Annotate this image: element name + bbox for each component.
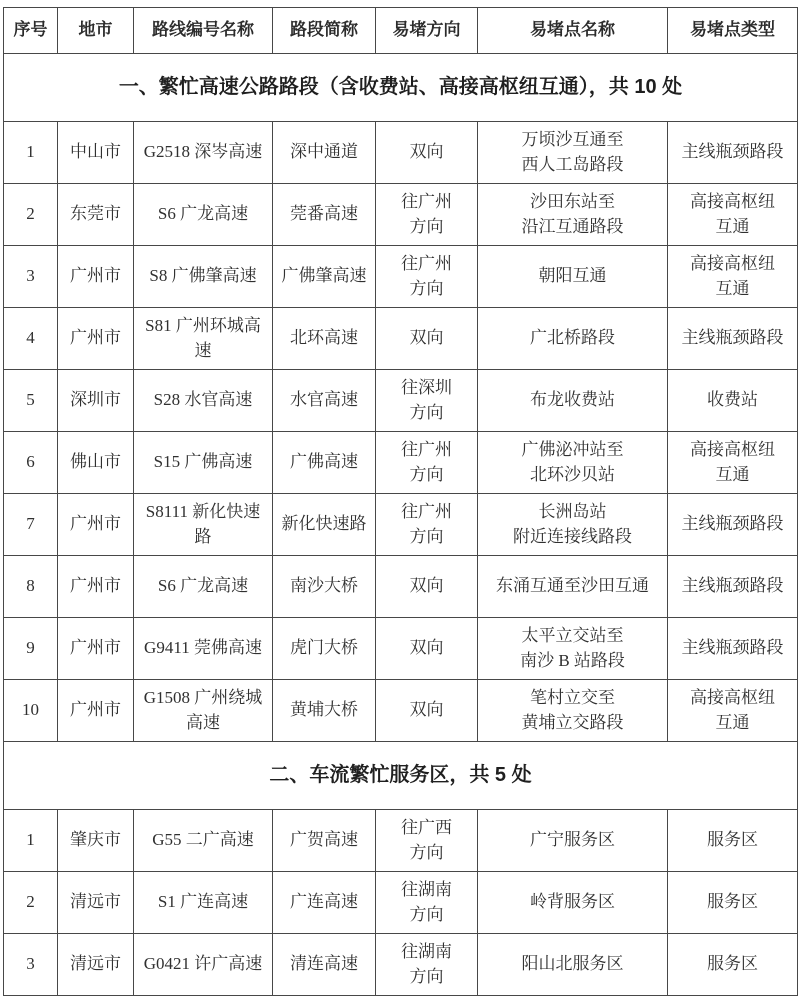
cell-point-type: 服务区 — [668, 810, 798, 872]
cell-direction: 双向 — [376, 308, 478, 370]
cell-point-name: 岭背服务区 — [478, 872, 668, 934]
cell-point-name: 笔村立交至 黄埔立交路段 — [478, 680, 668, 742]
cell-route: G9411 莞佛高速 — [134, 618, 273, 680]
cell-point-type: 高接高枢纽 互通 — [668, 246, 798, 308]
cell-city: 东莞市 — [58, 184, 134, 246]
cell-direction: 双向 — [376, 556, 478, 618]
section-banner-row: 二、车流繁忙服务区，共 5 处 — [4, 742, 798, 810]
cell-point-type: 服务区 — [668, 872, 798, 934]
table-row: 5深圳市S28 水官高速水官高速往深圳 方向布龙收费站收费站 — [4, 370, 798, 432]
table-row: 9广州市G9411 莞佛高速虎门大桥双向太平立交站至 南沙 B 站路段主线瓶颈路… — [4, 618, 798, 680]
cell-section-name: 深中通道 — [273, 122, 376, 184]
cell-point-type: 高接高枢纽 互通 — [668, 184, 798, 246]
cell-serial: 1 — [4, 122, 58, 184]
cell-point-type: 主线瓶颈路段 — [668, 494, 798, 556]
cell-city: 清远市 — [58, 934, 134, 996]
table-row: 1中山市G2518 深岑高速深中通道双向万顷沙互通至 西人工岛路段主线瓶颈路段 — [4, 122, 798, 184]
cell-direction: 往深圳 方向 — [376, 370, 478, 432]
cell-section-name: 广连高速 — [273, 872, 376, 934]
cell-serial: 3 — [4, 934, 58, 996]
cell-route: G0421 许广高速 — [134, 934, 273, 996]
cell-direction: 往广州 方向 — [376, 184, 478, 246]
cell-route: G1508 广州绕城 高速 — [134, 680, 273, 742]
cell-direction: 双向 — [376, 122, 478, 184]
cell-direction: 双向 — [376, 618, 478, 680]
cell-point-name: 广宁服务区 — [478, 810, 668, 872]
table-row: 7广州市S8111 新化快速 路新化快速路往广州 方向长洲岛站 附近连接线路段主… — [4, 494, 798, 556]
cell-direction: 往广州 方向 — [376, 494, 478, 556]
cell-section-name: 莞番高速 — [273, 184, 376, 246]
cell-serial: 9 — [4, 618, 58, 680]
cell-section-name: 水官高速 — [273, 370, 376, 432]
cell-route: S8 广佛肇高速 — [134, 246, 273, 308]
cell-city: 广州市 — [58, 494, 134, 556]
cell-direction: 往湖南 方向 — [376, 934, 478, 996]
col-header-point-name: 易堵点名称 — [478, 8, 668, 54]
cell-point-name: 朝阳互通 — [478, 246, 668, 308]
cell-point-type: 高接高枢纽 互通 — [668, 680, 798, 742]
cell-point-type: 主线瓶颈路段 — [668, 556, 798, 618]
col-header-city: 地市 — [58, 8, 134, 54]
cell-serial: 10 — [4, 680, 58, 742]
table-row: 4广州市S81 广州环城高 速北环高速双向广北桥路段主线瓶颈路段 — [4, 308, 798, 370]
col-header-route: 路线编号名称 — [134, 8, 273, 54]
cell-section-name: 广佛高速 — [273, 432, 376, 494]
section-banner-row: 一、繁忙高速公路路段（含收费站、高接高枢纽互通），共 10 处 — [4, 54, 798, 122]
cell-point-type: 主线瓶颈路段 — [668, 122, 798, 184]
cell-route: S81 广州环城高 速 — [134, 308, 273, 370]
cell-route: G2518 深岑高速 — [134, 122, 273, 184]
table-header-row: 序号 地市 路线编号名称 路段简称 易堵方向 易堵点名称 易堵点类型 — [4, 8, 798, 54]
cell-point-type: 主线瓶颈路段 — [668, 618, 798, 680]
cell-point-name: 广北桥路段 — [478, 308, 668, 370]
cell-point-name: 广佛泌冲站至 北环沙贝站 — [478, 432, 668, 494]
cell-point-name: 太平立交站至 南沙 B 站路段 — [478, 618, 668, 680]
cell-section-name: 北环高速 — [273, 308, 376, 370]
cell-city: 广州市 — [58, 246, 134, 308]
cell-point-type: 高接高枢纽 互通 — [668, 432, 798, 494]
table-row: 8广州市S6 广龙高速南沙大桥双向东涌互通至沙田互通主线瓶颈路段 — [4, 556, 798, 618]
cell-city: 佛山市 — [58, 432, 134, 494]
cell-direction: 往广州 方向 — [376, 432, 478, 494]
cell-serial: 3 — [4, 246, 58, 308]
table-row: 2清远市S1 广连高速广连高速往湖南 方向岭背服务区服务区 — [4, 872, 798, 934]
table-row: 10广州市G1508 广州绕城 高速黄埔大桥双向笔村立交至 黄埔立交路段高接高枢… — [4, 680, 798, 742]
cell-point-name: 东涌互通至沙田互通 — [478, 556, 668, 618]
cell-section-name: 黄埔大桥 — [273, 680, 376, 742]
cell-city: 广州市 — [58, 618, 134, 680]
col-header-section-name: 路段简称 — [273, 8, 376, 54]
cell-serial: 7 — [4, 494, 58, 556]
cell-route: S8111 新化快速 路 — [134, 494, 273, 556]
cell-serial: 8 — [4, 556, 58, 618]
section-title: 一、繁忙高速公路路段（含收费站、高接高枢纽互通），共 10 处 — [4, 54, 798, 122]
cell-route: G55 二广高速 — [134, 810, 273, 872]
cell-serial: 2 — [4, 184, 58, 246]
table-body: 一、繁忙高速公路路段（含收费站、高接高枢纽互通），共 10 处1中山市G2518… — [4, 54, 798, 996]
cell-route: S1 广连高速 — [134, 872, 273, 934]
cell-section-name: 广佛肇高速 — [273, 246, 376, 308]
cell-direction: 往湖南 方向 — [376, 872, 478, 934]
cell-city: 广州市 — [58, 308, 134, 370]
cell-point-type: 服务区 — [668, 934, 798, 996]
cell-route: S28 水官高速 — [134, 370, 273, 432]
cell-city: 中山市 — [58, 122, 134, 184]
cell-direction: 往广州 方向 — [376, 246, 478, 308]
cell-city: 清远市 — [58, 872, 134, 934]
cell-point-name: 长洲岛站 附近连接线路段 — [478, 494, 668, 556]
cell-point-name: 阳山北服务区 — [478, 934, 668, 996]
cell-direction: 往广西 方向 — [376, 810, 478, 872]
col-header-direction: 易堵方向 — [376, 8, 478, 54]
cell-section-name: 广贺高速 — [273, 810, 376, 872]
cell-serial: 4 — [4, 308, 58, 370]
cell-point-name: 沙田东站至 沿江互通路段 — [478, 184, 668, 246]
cell-section-name: 南沙大桥 — [273, 556, 376, 618]
table-row: 3清远市G0421 许广高速清连高速往湖南 方向阳山北服务区服务区 — [4, 934, 798, 996]
cell-city: 肇庆市 — [58, 810, 134, 872]
cell-route: S15 广佛高速 — [134, 432, 273, 494]
cell-route: S6 广龙高速 — [134, 184, 273, 246]
col-header-point-type: 易堵点类型 — [668, 8, 798, 54]
cell-section-name: 虎门大桥 — [273, 618, 376, 680]
cell-direction: 双向 — [376, 680, 478, 742]
cell-city: 广州市 — [58, 556, 134, 618]
table-row: 2东莞市S6 广龙高速莞番高速往广州 方向沙田东站至 沿江互通路段高接高枢纽 互… — [4, 184, 798, 246]
cell-serial: 5 — [4, 370, 58, 432]
cell-serial: 2 — [4, 872, 58, 934]
cell-point-name: 布龙收费站 — [478, 370, 668, 432]
cell-section-name: 清连高速 — [273, 934, 376, 996]
cell-serial: 6 — [4, 432, 58, 494]
cell-section-name: 新化快速路 — [273, 494, 376, 556]
cell-point-type: 主线瓶颈路段 — [668, 308, 798, 370]
table-row: 3广州市S8 广佛肇高速广佛肇高速往广州 方向朝阳互通高接高枢纽 互通 — [4, 246, 798, 308]
congestion-table: 序号 地市 路线编号名称 路段简称 易堵方向 易堵点名称 易堵点类型 一、繁忙高… — [3, 7, 798, 996]
cell-point-name: 万顷沙互通至 西人工岛路段 — [478, 122, 668, 184]
cell-route: S6 广龙高速 — [134, 556, 273, 618]
table-row: 1肇庆市G55 二广高速广贺高速往广西 方向广宁服务区服务区 — [4, 810, 798, 872]
cell-city: 深圳市 — [58, 370, 134, 432]
cell-point-type: 收费站 — [668, 370, 798, 432]
col-header-serial: 序号 — [4, 8, 58, 54]
table-row: 6佛山市S15 广佛高速广佛高速往广州 方向广佛泌冲站至 北环沙贝站高接高枢纽 … — [4, 432, 798, 494]
cell-city: 广州市 — [58, 680, 134, 742]
section-title: 二、车流繁忙服务区，共 5 处 — [4, 742, 798, 810]
cell-serial: 1 — [4, 810, 58, 872]
